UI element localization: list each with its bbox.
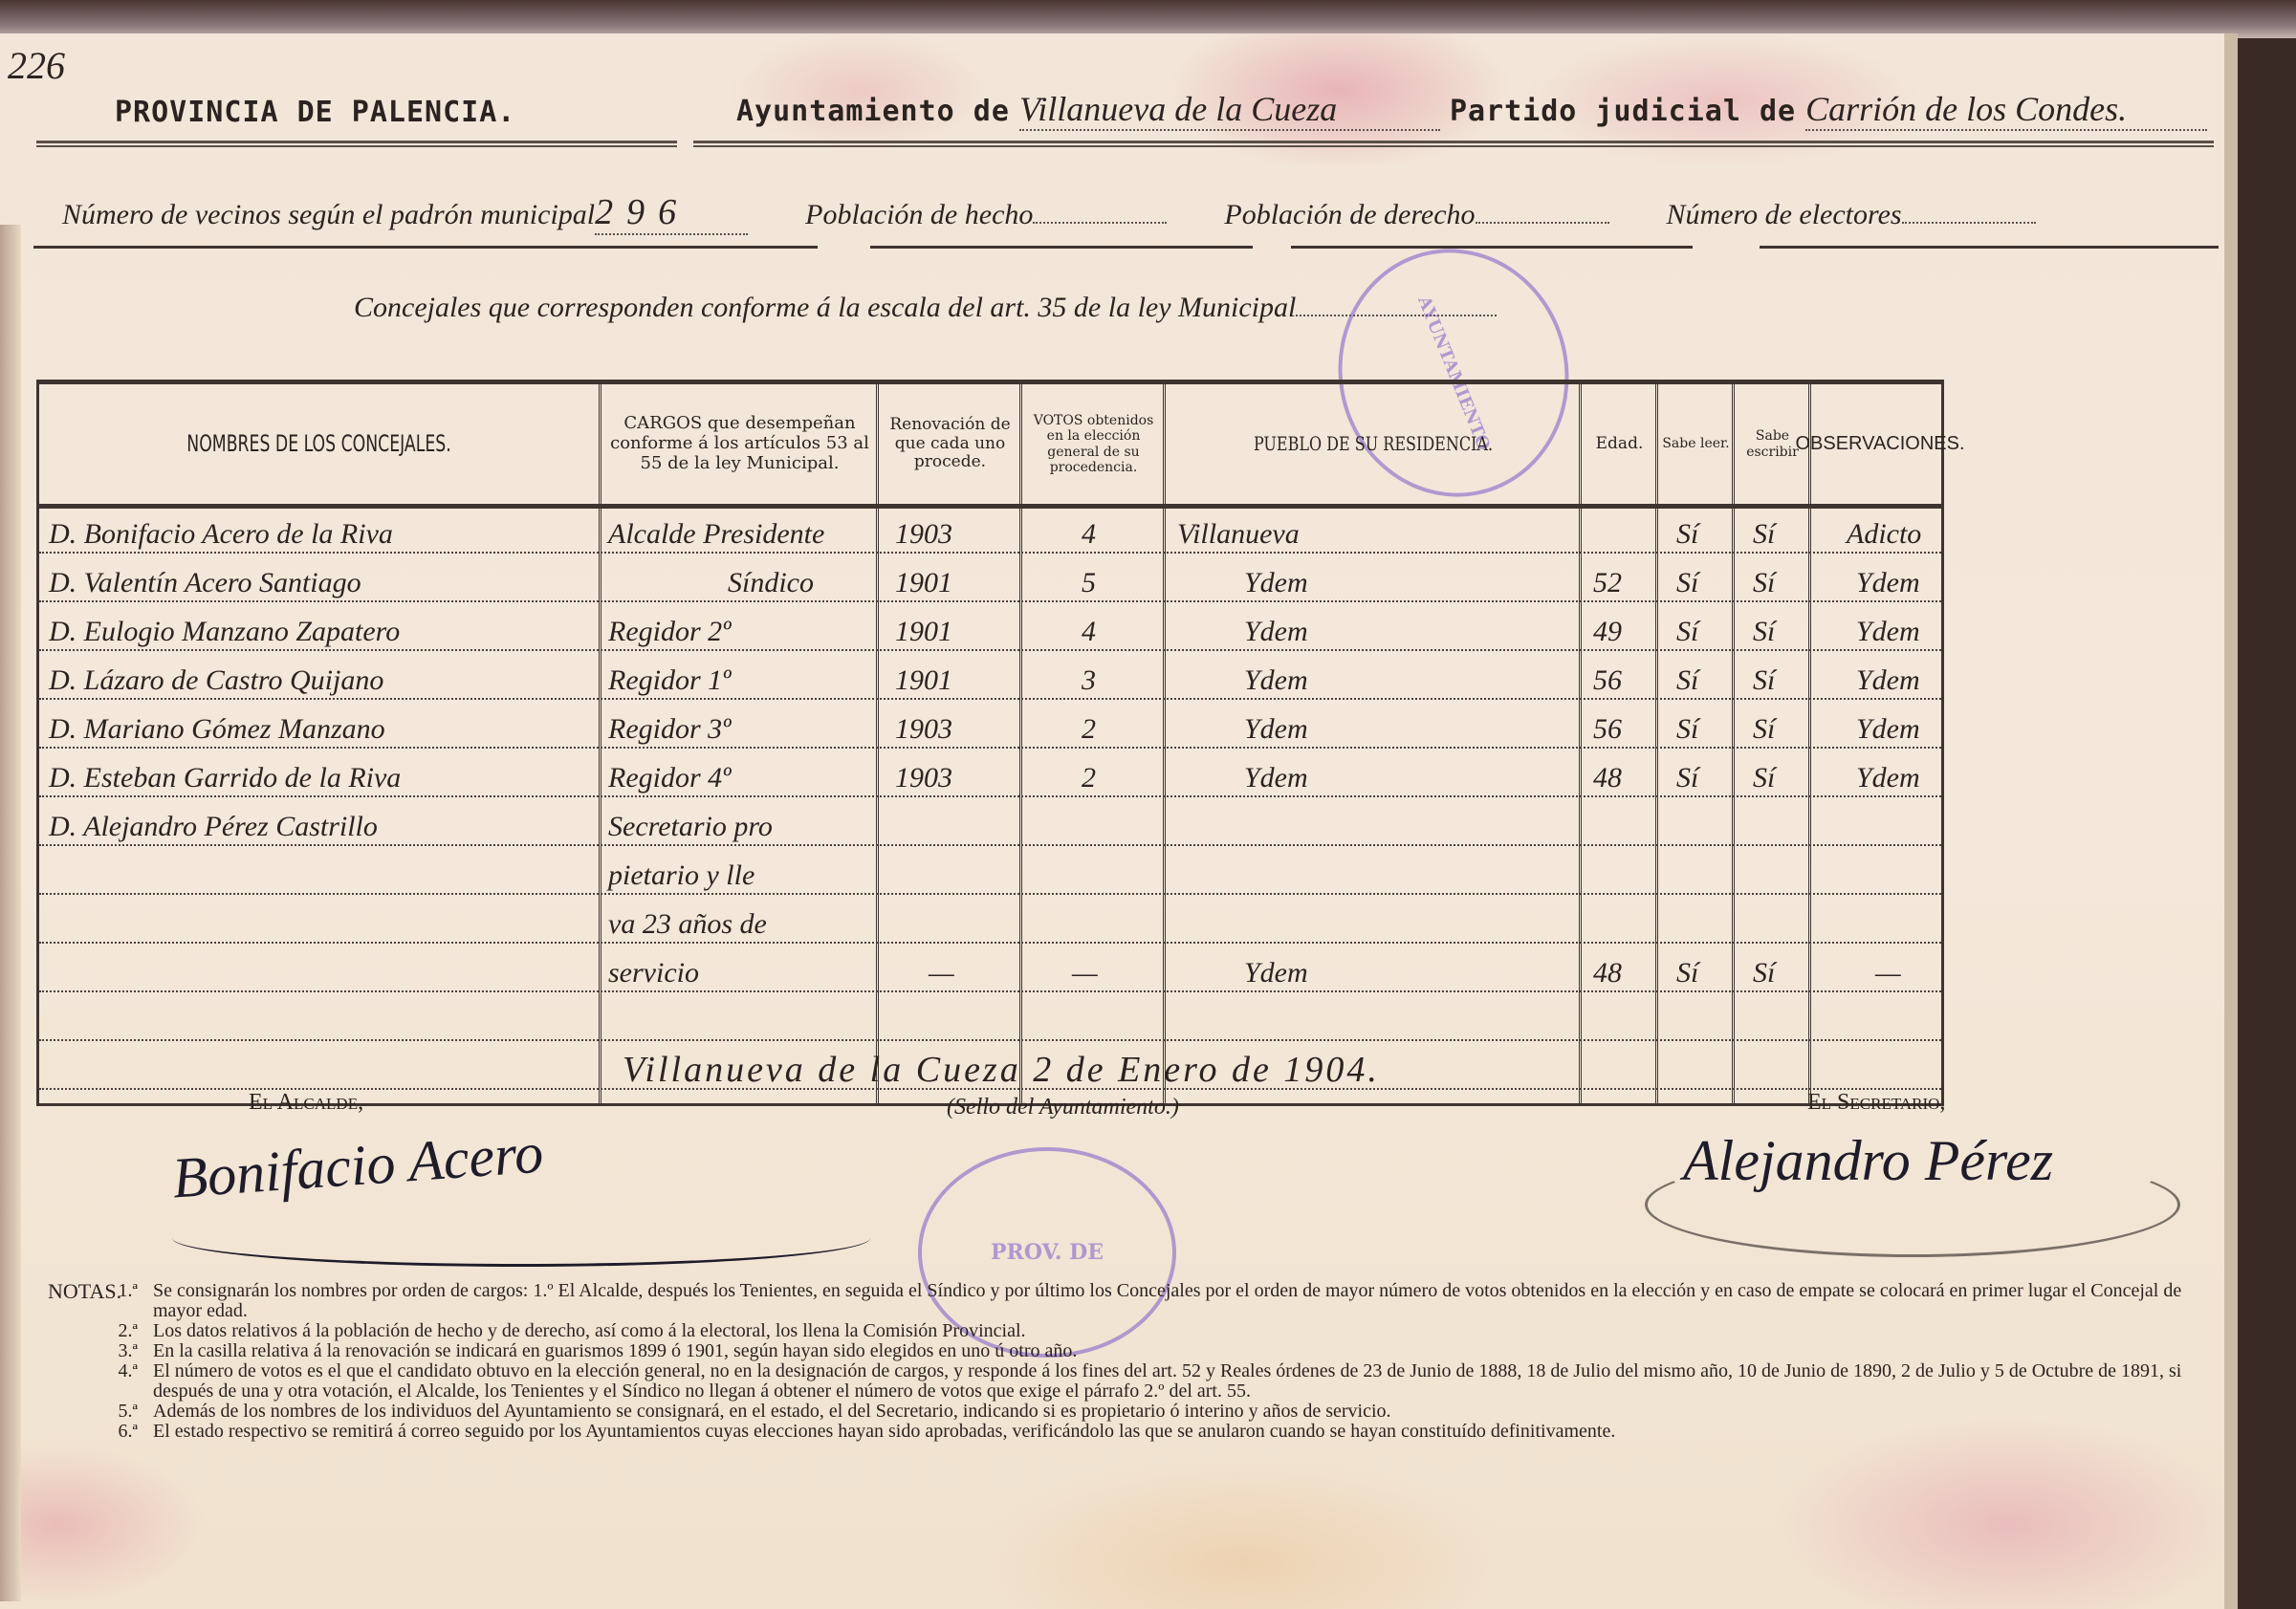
cell-sabe-leer: Sí xyxy=(1676,664,1698,697)
cell-pueblo: Ydem xyxy=(1244,713,1308,746)
notes-section: NOTAS. 1.ªSe consignarán los nombres por… xyxy=(48,1281,2199,1442)
ayuntamiento-line: Ayuntamiento de Villanueva de la Cueza P… xyxy=(736,89,2207,131)
cell-sabe-leer: Sí xyxy=(1676,518,1698,551)
electores-value xyxy=(1902,222,2036,224)
row-line xyxy=(39,990,1941,992)
cell-sabe-escribir: Sí xyxy=(1753,713,1775,746)
sello-label: (Sello del Ayuntamiento.) xyxy=(947,1095,1179,1120)
concejales-title-text: Concejales que corresponden conforme á l… xyxy=(354,292,1296,323)
cell-cargo-line-4: servicio xyxy=(608,957,699,989)
header-cargos: CARGOS que desempeñan conforme á los art… xyxy=(603,384,876,504)
note-number: 5.ª xyxy=(48,1402,153,1422)
alcalde-rubric xyxy=(172,1209,870,1267)
header-rule-right xyxy=(693,141,2214,147)
header-renovacion: Renovación de que cada uno procede. xyxy=(881,384,1019,504)
cell-observaciones: Ydem xyxy=(1856,664,1920,697)
row-line xyxy=(39,552,1941,554)
row-line xyxy=(39,747,1941,749)
census-rule-4 xyxy=(1760,246,2219,249)
cell-cargo: Regidor 2º xyxy=(608,616,731,648)
census-line: Número de vecinos según el padrón munici… xyxy=(62,191,2036,235)
cell-cargo: Alcalde Presidente xyxy=(608,518,824,551)
cell-renovacion: 1901 xyxy=(895,616,952,648)
note-text: Se consignarán los nombres por orden de … xyxy=(153,1281,2199,1321)
vecinos-label: Número de vecinos según el padrón munici… xyxy=(62,199,595,231)
poblacion-derecho-label: Población de derecho xyxy=(1224,199,1475,231)
concejales-title: Concejales que corresponden conforme á l… xyxy=(354,292,1497,324)
cell-sabe-leer: Sí xyxy=(1676,713,1698,746)
note-text: El estado respectivo se remitirá á corre… xyxy=(153,1422,2199,1442)
header-votos: VOTOS obtenidos en la elección general d… xyxy=(1024,384,1163,504)
alcalde-signature: Bonifacio Acero xyxy=(170,1120,545,1212)
ayuntamiento-label: Ayuntamiento de xyxy=(736,95,1010,128)
note-item: 5.ªAdemás de los nombres de los individu… xyxy=(48,1402,2199,1422)
stamp-text: PROV. DE xyxy=(991,1240,1104,1265)
cell-nombre: D. Esteban Garrido de la Riva xyxy=(49,762,401,794)
header-sabe-leer: Sabe leer. xyxy=(1660,384,1732,504)
note-number: 4.ª xyxy=(48,1361,153,1402)
cell-sabe-escribir: Sí xyxy=(1753,762,1775,794)
row-line xyxy=(39,698,1941,700)
note-item: 6.ªEl estado respectivo se remitirá á co… xyxy=(48,1422,2199,1442)
header-rule-left xyxy=(36,141,677,147)
cell-cargo: Síndico xyxy=(728,567,814,599)
cell-renovacion: 1901 xyxy=(895,567,952,599)
cell-nombre: D. Valentín Acero Santiago xyxy=(49,567,361,599)
ayuntamiento-value: Villanueva de la Cueza xyxy=(1019,89,1440,131)
cell-votos: 2 xyxy=(1082,713,1096,746)
cell-pueblo: Villanueva xyxy=(1177,518,1300,551)
cell-sabe-escribir: Sí xyxy=(1753,616,1775,648)
concejales-table: NOMBRES DE LOS CONCEJALES. CARGOS que de… xyxy=(36,380,1944,1106)
cell-cargo: Regidor 1º xyxy=(608,664,731,697)
cell-observaciones: Ydem xyxy=(1856,713,1920,746)
cell-renovacion: 1903 xyxy=(895,762,952,794)
cell-pueblo: Ydem xyxy=(1244,762,1308,794)
row-line xyxy=(39,649,1941,651)
note-text: Además de los nombres de los individuos … xyxy=(153,1402,2199,1422)
cell-cargo-line-2: pietario y lle xyxy=(608,859,754,892)
cell-sabe-leer: Sí xyxy=(1676,616,1698,648)
cell-observaciones: Ydem xyxy=(1856,762,1920,794)
col-sep-leer xyxy=(1655,384,1658,1103)
note-text: El número de votos es el que el candidat… xyxy=(153,1361,2199,1402)
poblacion-hecho-label: Población de hecho xyxy=(805,199,1033,231)
cell-votos: 5 xyxy=(1082,567,1096,599)
note-text: En la casilla relativa á la renovación s… xyxy=(153,1341,2199,1361)
cell-votos: 3 xyxy=(1082,664,1096,697)
census-rule-2 xyxy=(870,246,1253,249)
cell-votos: 4 xyxy=(1082,616,1096,648)
cell-votos: 2 xyxy=(1082,762,1096,794)
secretario-label: El Secretario, xyxy=(1807,1090,1945,1116)
electores-label: Número de electores xyxy=(1667,199,1902,231)
poblacion-hecho-value xyxy=(1033,222,1167,224)
note-item: 2.ªLos datos relativos á la población de… xyxy=(48,1321,2199,1341)
col-sep-edad xyxy=(1579,384,1582,1103)
cell-pueblo: Ydem xyxy=(1244,567,1308,599)
row-line xyxy=(39,893,1941,895)
cell-sabe-leer: Sí xyxy=(1676,957,1698,989)
cell-nombre: D. Lázaro de Castro Quijano xyxy=(49,664,383,697)
note-number: 6.ª xyxy=(48,1422,153,1442)
note-number: 2.ª xyxy=(48,1321,153,1341)
cell-nombre: D. Bonifacio Acero de la Riva xyxy=(49,518,393,551)
col-sep-observaciones xyxy=(1808,384,1811,1103)
cell-sabe-leer: Sí xyxy=(1676,567,1698,599)
cell-votos: 4 xyxy=(1082,518,1096,551)
header-pueblo: PUEBLO DE SU RESIDENCIA. xyxy=(1209,384,1538,504)
row-line xyxy=(39,795,1941,797)
page-binding-edge xyxy=(0,225,21,1601)
cell-observaciones: Adicto xyxy=(1847,518,1921,551)
cell-cargo-line-3: va 23 años de xyxy=(608,908,767,941)
cell-cargo: Regidor 4º xyxy=(608,762,731,794)
partido-label: Partido judicial de xyxy=(1450,95,1796,128)
header-edad: Edad. xyxy=(1584,384,1655,504)
cell-sabe-escribir: Sí xyxy=(1753,567,1775,599)
row-line xyxy=(39,1039,1941,1041)
note-text: Los datos relativos á la población de he… xyxy=(153,1321,2199,1341)
cell-pueblo: Ydem xyxy=(1244,616,1308,648)
date-place-line: Villanueva de la Cueza 2 de Enero de 190… xyxy=(623,1049,1380,1091)
secretario-rubric xyxy=(1645,1152,2180,1257)
cell-renovacion: 1903 xyxy=(895,713,952,746)
header-bottom-rule xyxy=(39,504,1941,509)
cell-renovacion: 1903 xyxy=(895,518,952,551)
cell-sabe-escribir: Sí xyxy=(1753,664,1775,697)
book-top-edge xyxy=(0,0,2296,38)
notes-label: NOTAS. xyxy=(48,1281,121,1301)
cell-edad: 56 xyxy=(1593,664,1622,697)
poblacion-derecho-value xyxy=(1476,222,1609,224)
col-sep-renovacion xyxy=(876,384,879,1103)
note-item: 1.ªSe consignarán los nombres por orden … xyxy=(48,1281,2199,1321)
cell-nombre: D. Mariano Gómez Manzano xyxy=(49,713,385,746)
col-sep-escribir xyxy=(1732,384,1735,1103)
row-line xyxy=(39,600,1941,602)
cell-cargo: Regidor 3º xyxy=(608,713,731,746)
cell-pueblo: Ydem xyxy=(1244,957,1308,989)
folio-number: 226 xyxy=(8,43,65,88)
header-observaciones: OBSERVACIONES. xyxy=(1813,384,1947,504)
cell-edad: 48 xyxy=(1593,957,1622,989)
cell-sabe-escribir: Sí xyxy=(1753,957,1775,989)
col-sep-votos xyxy=(1019,384,1022,1103)
cell-sabe-leer: Sí xyxy=(1676,762,1698,794)
row-line xyxy=(39,844,1941,846)
row-line xyxy=(39,942,1941,944)
cell-observaciones: — xyxy=(1875,957,1901,989)
cell-observaciones: Ydem xyxy=(1856,616,1920,648)
alcalde-label: El Alcalde, xyxy=(249,1090,363,1116)
census-rule-3 xyxy=(1291,246,1693,249)
cell-observaciones: Ydem xyxy=(1856,567,1920,599)
province-title: PROVINCIA DE PALENCIA. xyxy=(115,96,515,129)
note-item: 4.ªEl número de votos es el que el candi… xyxy=(48,1361,2199,1402)
note-item: 3.ªEn la casilla relativa á la renovació… xyxy=(48,1341,2199,1361)
cell-votos: — xyxy=(1072,957,1098,989)
cell-nombre: D. Alejandro Pérez Castrillo xyxy=(49,811,378,843)
cell-edad: 48 xyxy=(1593,762,1622,794)
cell-edad: 52 xyxy=(1593,567,1622,599)
col-sep-pueblo xyxy=(1163,384,1166,1103)
cell-nombre: D. Eulogio Manzano Zapatero xyxy=(49,616,400,648)
header-nombres: NOMBRES DE LOS CONCEJALES. xyxy=(96,384,543,504)
cell-edad: 49 xyxy=(1593,616,1622,648)
cell-cargo-line-1: Secretario pro xyxy=(608,811,773,843)
cell-sabe-escribir: Sí xyxy=(1753,518,1775,551)
cell-pueblo: Ydem xyxy=(1244,664,1308,697)
note-number: 3.ª xyxy=(48,1341,153,1361)
col-sep-cargos xyxy=(599,384,601,1103)
cell-renovacion: 1901 xyxy=(895,664,952,697)
census-rule-1 xyxy=(33,246,818,249)
partido-value: Carrión de los Condes. xyxy=(1805,89,2207,131)
cell-renovacion: — xyxy=(929,957,954,989)
vecinos-value: 296 xyxy=(595,191,748,235)
cell-edad: 56 xyxy=(1593,713,1622,746)
document-page: 226 PROVINCIA DE PALENCIA. Ayuntamiento … xyxy=(0,33,2238,1609)
